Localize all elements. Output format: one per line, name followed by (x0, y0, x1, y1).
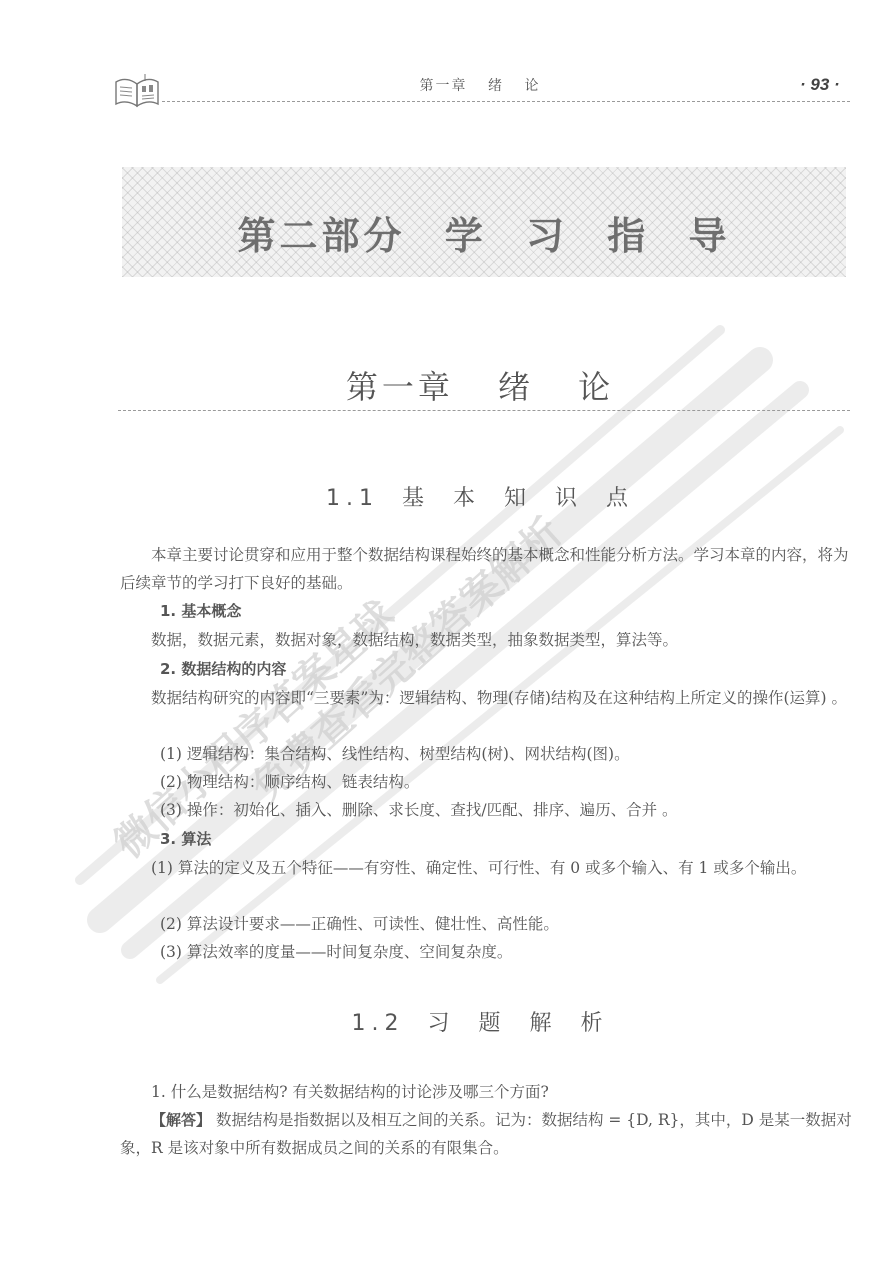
part-title: 第二部分 学 习 指 导 (122, 205, 846, 260)
header-divider (162, 101, 850, 102)
section-title-1-1: 1.1 基 本 知 识 点 (0, 481, 890, 512)
section-title-1-2: 1.2 习 题 解 析 (0, 1006, 890, 1037)
running-header-title: 第一章 绪 论 (0, 75, 890, 95)
answer-text: 数据结构是指数据以及相互之间的关系。记为：数据结构 = {D, R}，其中，D … (120, 1111, 852, 1157)
part-banner: 第二部分 学 习 指 导 (122, 167, 846, 277)
list-item: (3) 算法效率的度量——时间复杂度、空间复杂度。 (120, 938, 890, 966)
answer-label: 【解答】 (151, 1111, 211, 1129)
topic-body-ds-content: 数据结构研究的内容即“三要素”为：逻辑结构、物理(存储)结构及在这种结构上所定义… (120, 684, 860, 712)
list-item: (3) 操作：初始化、插入、删除、求长度、查找/匹配、排序、遍历、合并 。 (120, 796, 890, 824)
chapter-divider (118, 410, 850, 411)
page-number: · 93 · (800, 75, 840, 95)
list-item: (2) 算法设计要求——正确性、可读性、健壮性、高性能。 (120, 910, 890, 938)
intro-paragraph: 本章主要讨论贯穿和应用于整个数据结构课程始终的基本概念和性能分析方法。学习本章的… (120, 541, 860, 597)
topic-heading-algorithm: 3. 算法 (120, 825, 890, 853)
list-item: (2) 物理结构：顺序结构、链表结构。 (120, 768, 890, 796)
topic-heading-ds-content: 2. 数据结构的内容 (120, 655, 890, 683)
exercise-question: 1. 什么是数据结构? 有关数据结构的讨论涉及哪三个方面? (120, 1078, 860, 1106)
list-item: (1) 逻辑结构：集合结构、线性结构、树型结构(树)、网状结构(图)。 (120, 740, 890, 768)
topic-heading-basic-concepts: 1. 基本概念 (120, 597, 890, 625)
topic-body-basic-concepts: 数据，数据元素，数据对象，数据结构，数据类型，抽象数据类型，算法等。 (120, 626, 860, 654)
exercise-answer: 【解答】 数据结构是指数据以及相互之间的关系。记为：数据结构 = {D, R}，… (120, 1106, 860, 1162)
chapter-title: 第一章 绪 论 (0, 362, 890, 408)
list-item: (1) 算法的定义及五个特征——有穷性、确定性、可行性、有 0 或多个输入、有 … (120, 854, 860, 882)
